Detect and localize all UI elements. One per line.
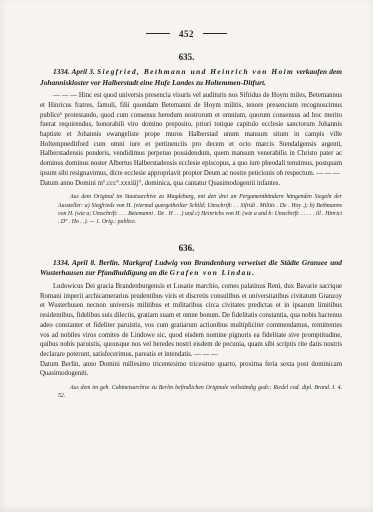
entry-summary: 1334. April 3. Siegfried, Bethmann und H… <box>40 67 342 88</box>
summary-names-spaced: Grafen von Lindau. <box>170 268 256 277</box>
summary-text: 1334. April 3. <box>53 67 97 76</box>
entry-summary: 1334. April 8. Berlin. Markgraf Ludwig v… <box>40 258 342 279</box>
entry-number: 636. <box>0 243 373 253</box>
page-number: 452 <box>179 29 194 39</box>
entry-source-note: Aus dem Original im Staatsarchive zu Mag… <box>58 193 342 227</box>
summary-names-spaced: Siegfried, Bethmann und Heinrich von Hoi… <box>97 67 294 76</box>
entry-body-text: — — — Hinc est quod universis presencia … <box>40 91 342 178</box>
entry-body-text: Ludowicus Dei gracia Brandenburgensis et… <box>40 282 342 360</box>
entry-number: 635. <box>0 52 373 62</box>
entry-datum: Datum Berlin, anno Domini millesimo tric… <box>40 360 342 379</box>
entries-container: 635.1334. April 3. Siegfried, Bethmann u… <box>0 52 373 401</box>
entry-source-note: Aus dem im geh. Cabinetsarchive zu Berli… <box>58 384 342 401</box>
regesta-entry: 636.1334. April 8. Berlin. Markgraf Ludw… <box>0 243 373 401</box>
header-rule-left <box>146 33 170 34</box>
page-header: 452 <box>0 0 373 39</box>
entry-datum: Datum anno Domini m°.ccc°.xxxiiij°, domi… <box>40 179 342 189</box>
regesta-entry: 635.1334. April 3. Siegfried, Bethmann u… <box>0 52 373 227</box>
header-rule-right <box>203 33 227 34</box>
document-page: 452 635.1334. April 3. Siegfried, Bethma… <box>0 0 373 512</box>
